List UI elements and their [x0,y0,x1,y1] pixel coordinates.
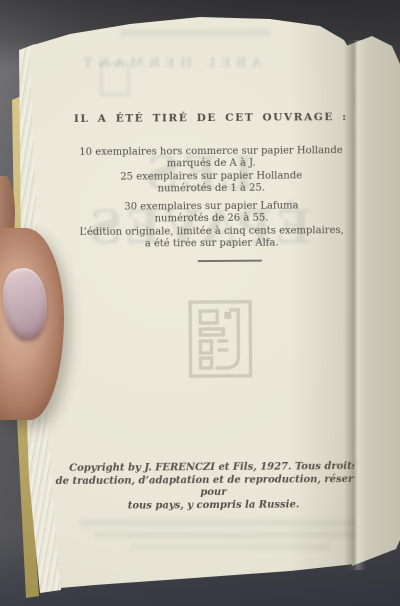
edition-note-line: a été tirée sur papier Alfa. [62,237,362,251]
copyright-line: de traduction, d’adaptation et de reprod… [53,473,373,500]
ghost-text-line [120,30,270,36]
ghost-author-text: ABEL HERMANT [60,56,280,71]
ghost-monogram-square [100,62,130,96]
colophon-header: IL A ÉTÉ TIRÉ DE CET OUVRAGE : [61,111,361,125]
edition-statement-hollande-hc: 10 exemplaires hors commerce sur papier … [61,145,361,170]
edition-line: marqués de A à J. [61,156,361,170]
original-edition-note: L’édition originale, limitée à cinq cent… [62,225,362,251]
ghost-text-line [130,544,330,550]
ghost-text-line [95,532,385,538]
edition-statement-lafuma: 30 exemplaires sur papier Lafuma numérot… [61,200,361,225]
thumb-holding-page [0,228,64,420]
ghost-text-line [80,520,360,526]
edition-statement-hollande: 25 exemplaires sur papier Hollande numér… [61,170,361,195]
edition-line: numérotés de 26 à 55. [61,211,361,225]
photo-of-book-colophon-page: ABEL HERMANT LES ÉPAVES IL A ÉTÉ TIRÉ DE… [0,0,400,606]
edition-note-line: L’édition originale, limitée à cinq cent… [62,225,362,239]
edition-line: 10 exemplaires hors commerce sur papier … [61,145,361,159]
copyright-notice: Copyright by J. FERENCZI et Fils, 1927. … [53,461,373,513]
ferenczi-monogram-icon [188,300,253,378]
copyright-line: tous pays, y compris la Russie. [53,498,373,513]
edition-line: numérotés de 1 à 25. [61,181,361,195]
separator-rule [198,260,262,262]
